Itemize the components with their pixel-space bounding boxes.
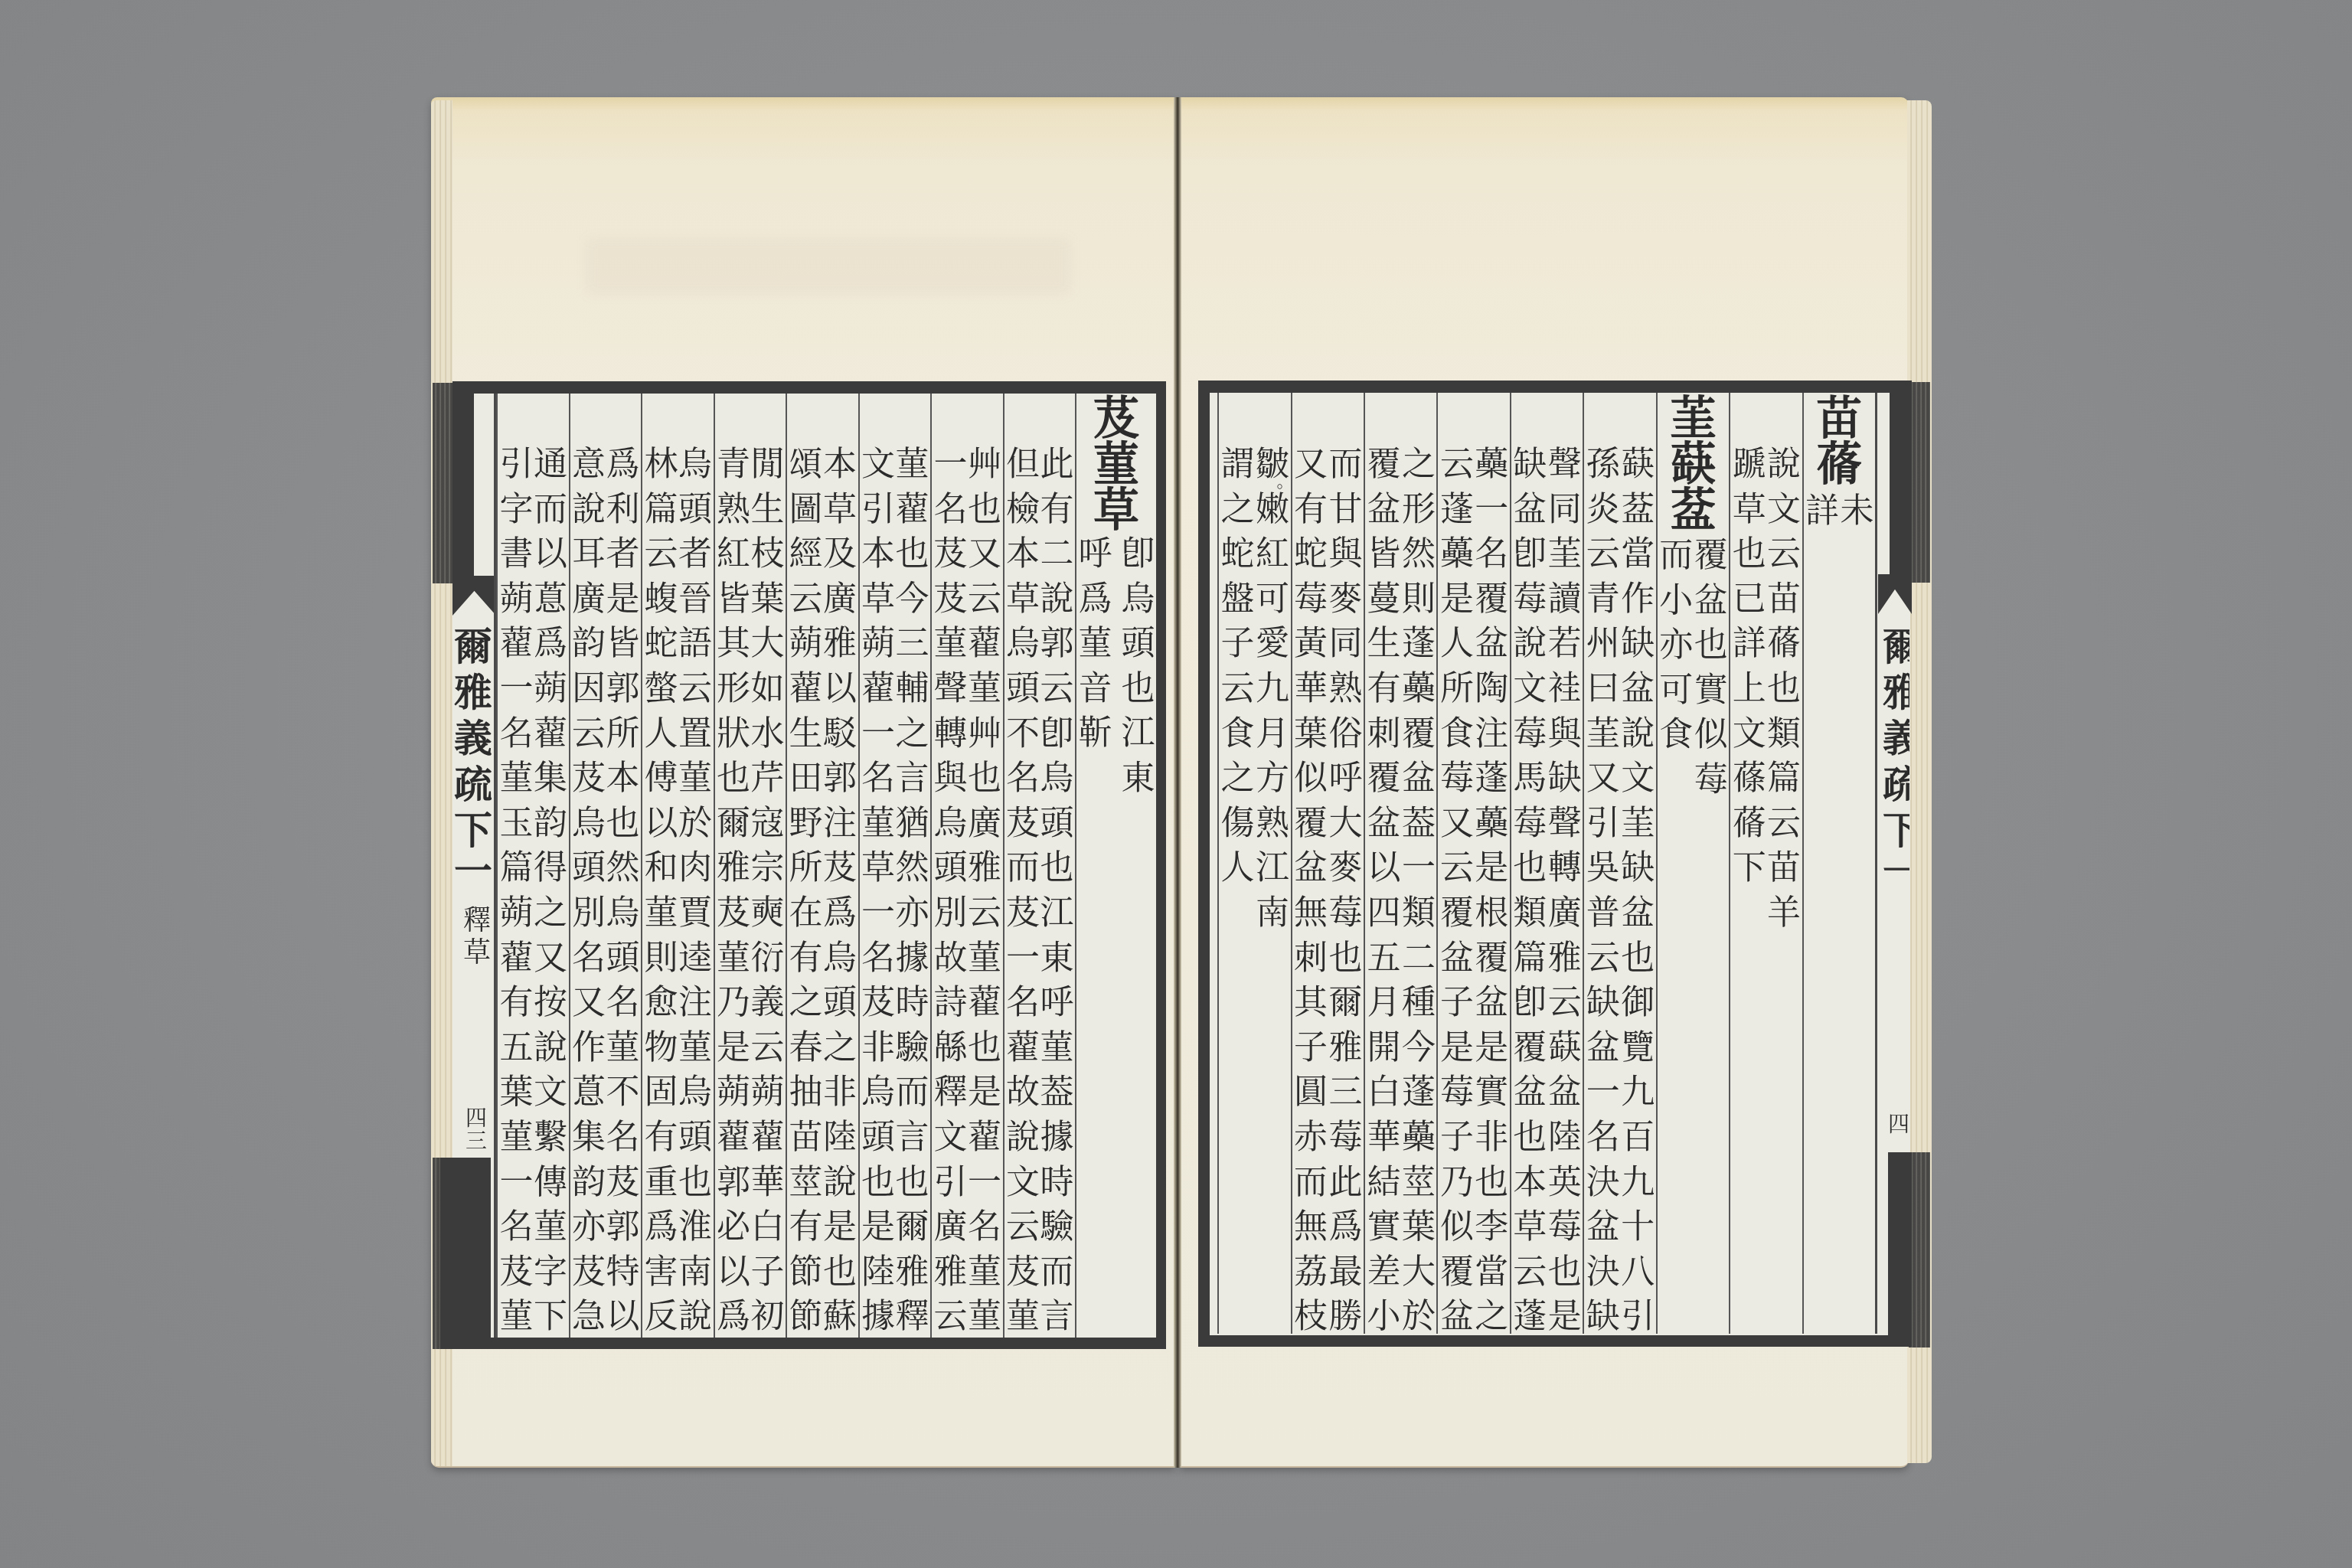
glyph: 烏 xyxy=(933,802,969,847)
glyph: 賈 xyxy=(678,891,714,936)
glyph: 莓 xyxy=(1439,1070,1475,1116)
glyph: 郭 xyxy=(605,1205,641,1250)
glyph: 三 xyxy=(894,622,930,667)
glyph: 緜 xyxy=(933,1026,969,1071)
glyph: 曰 xyxy=(1585,667,1621,712)
glyph: 盆 xyxy=(1620,891,1656,936)
glyph: 文 xyxy=(1512,667,1548,712)
glyph: 云 xyxy=(1005,1205,1041,1250)
glyph: 此 xyxy=(1039,443,1075,488)
glyph: 集 xyxy=(571,1116,607,1161)
glyph: 也 xyxy=(822,1250,858,1295)
glyph: 文 xyxy=(533,1070,569,1116)
glyph: 無 xyxy=(1293,891,1329,936)
glyph: 晉 xyxy=(678,577,714,622)
glyph: 又 xyxy=(967,532,1003,577)
glyph: 似 xyxy=(1439,1205,1475,1250)
glyph: 芨 xyxy=(1005,802,1041,847)
glyph: 荔 xyxy=(1293,1250,1329,1295)
glyph: 州 xyxy=(1585,622,1621,667)
glyph: 云 xyxy=(571,712,607,757)
glyph: 華 xyxy=(1293,667,1329,712)
glyph: 爾 xyxy=(1328,981,1364,1026)
glyph: 其 xyxy=(716,622,752,667)
glyph: 菫 xyxy=(498,1295,534,1340)
glyph: 乃 xyxy=(716,981,752,1026)
glyph: 葐 xyxy=(1658,488,1729,534)
glyph: 藋 xyxy=(967,622,1003,667)
gloss-line: 蹏草也已詳上文蓧蓨下 xyxy=(1731,443,1767,891)
glyph: 爲 xyxy=(1328,1205,1364,1250)
glyph: 本 xyxy=(861,532,897,577)
commentary-column: 閒生枝葉大如水芹寇宗奭衍義云蒴藋華白子初 青熟紅皆其形狀也爾雅芨菫乃是蒴藋郭必以… xyxy=(714,394,786,1338)
glyph: 有 xyxy=(1039,488,1075,533)
glyph: 物 xyxy=(643,1026,679,1071)
glyph: 水 xyxy=(750,712,786,757)
commentary-column: 爲利者是皆郭所本也然烏頭名菫不名芨郭特以 意說耳廣韵因云芨烏頭別名又作蒠集韵亦芨… xyxy=(569,394,642,1338)
glyph: 此 xyxy=(1328,1161,1364,1206)
glyph: 甘 xyxy=(1328,488,1364,533)
glyph: 赤 xyxy=(1293,1116,1329,1161)
glyph: 而 xyxy=(1328,443,1364,488)
glyph: 也 xyxy=(1620,936,1656,982)
glyph: 猶 xyxy=(894,802,930,847)
glyph: 蓧 xyxy=(1731,756,1767,802)
glyph: 菫 xyxy=(967,936,1003,982)
glyph: 文 xyxy=(933,1116,969,1161)
glyph: 缺 xyxy=(1512,443,1548,488)
glyph: 文 xyxy=(861,443,897,488)
glyph: 芨 xyxy=(933,577,969,622)
glyph: 李 xyxy=(1474,1205,1510,1250)
gloss-right: 覆盆也實似莓 xyxy=(1693,534,1729,803)
glyph: 所 xyxy=(788,846,824,891)
glyph: 說 xyxy=(1039,577,1075,622)
right-stack-ink-edge-top xyxy=(1909,382,1930,583)
glyph: 是 xyxy=(967,1070,1003,1116)
glyph: 廣 xyxy=(571,577,607,622)
glyph: 草 xyxy=(1005,577,1041,622)
glyph: 名 xyxy=(605,1116,641,1161)
gloss-left: 詳 xyxy=(1805,489,1841,534)
commentary-line: 文引本草蒴藋一名菫草一名芨非烏頭也是陸據 xyxy=(861,443,897,1340)
glyph: 藋 xyxy=(861,667,897,712)
glyph: 也 xyxy=(1547,1250,1583,1295)
glyph: 蘽 xyxy=(1474,802,1510,847)
glyph: 廣 xyxy=(967,802,1003,847)
glyph: 云 xyxy=(1766,532,1802,577)
glyph: 熟 xyxy=(1328,667,1364,712)
glyph: 食 xyxy=(1439,712,1475,757)
glyph: 蒴 xyxy=(716,1070,752,1116)
glyph: 白 xyxy=(750,1205,786,1250)
glyph: 所 xyxy=(605,712,641,757)
glyph: 菫 xyxy=(605,1026,641,1071)
glyph: 亦 xyxy=(571,1205,607,1250)
glyph: 以 xyxy=(605,1295,641,1340)
glyph: 文 xyxy=(1620,756,1656,802)
glyph: 抽 xyxy=(788,1070,824,1116)
glyph: 子 xyxy=(1220,622,1256,667)
glyph: 驗 xyxy=(894,1026,930,1071)
glyph: 紅 xyxy=(1255,532,1291,577)
glyph: 云 xyxy=(643,532,679,577)
glyph: 韵 xyxy=(571,1161,607,1206)
glyph: 嫩 xyxy=(1255,488,1291,533)
glyph: 菫 xyxy=(1039,1026,1075,1071)
glyph: 云 xyxy=(1439,846,1475,891)
commentary-line: 林篇云蝮蛇螫人傅以和菫則愈物固有重爲害反 xyxy=(643,443,679,1340)
glyph: 頭 xyxy=(861,1116,897,1161)
glyph: 說 xyxy=(1005,1116,1041,1161)
commentary-line: 此有二說郭云卽烏頭也江東呼菫葢據時驗而言 xyxy=(1039,443,1075,1340)
glyph: 言 xyxy=(894,756,930,802)
glyph: 引 xyxy=(933,1161,969,1206)
glyph: 青 xyxy=(716,443,752,488)
glyph: 野 xyxy=(788,802,824,847)
glyph: 名 xyxy=(498,712,534,757)
book-photo: 爾雅義疏下 一 釋草 四三 芨菫草 卽烏頭也江東 呼爲菫音靳 此有二說郭云卽烏頭… xyxy=(0,0,2352,1568)
glyph: 菫 xyxy=(933,622,969,667)
glyph: 蘽 xyxy=(1439,532,1475,577)
glyph: 字 xyxy=(533,1250,569,1295)
glyph: 也 xyxy=(1731,532,1767,577)
glyph: 傳 xyxy=(533,1161,569,1206)
glyph: 大 xyxy=(1328,802,1364,847)
glyph: 月 xyxy=(1255,712,1291,757)
glyph: 葉 xyxy=(1400,1205,1436,1250)
glyph: 菫 xyxy=(1077,622,1113,667)
glyph: 轉 xyxy=(1547,846,1583,891)
glyph: 之 xyxy=(533,891,569,936)
glyph: 烏 xyxy=(678,1070,714,1116)
glyph: 草 xyxy=(822,488,858,533)
glyph: 葢 xyxy=(1400,802,1436,847)
glyph: 二 xyxy=(1039,532,1075,577)
glyph: 茥 xyxy=(1620,802,1656,847)
glyph: 爲 xyxy=(716,1295,752,1340)
glyph: 繫 xyxy=(533,1116,569,1161)
glyph: 百 xyxy=(1620,1116,1656,1161)
glyph: 人 xyxy=(1220,846,1256,891)
glyph: 烏 xyxy=(822,936,858,982)
glyph: 三 xyxy=(1328,1070,1364,1116)
glyph: 有 xyxy=(788,1205,824,1250)
glyph: 實 xyxy=(1474,1070,1510,1116)
glyph: 蓨 xyxy=(1766,622,1802,667)
glyph: 普 xyxy=(1585,891,1621,936)
black-mouth-bottom xyxy=(440,1158,491,1349)
glyph: 螫 xyxy=(643,667,679,712)
commentary-column: 此有二說郭云卽烏頭也江東呼菫葢據時驗而言 但檢本草烏頭不名芨而芨一名藋故說文云芨… xyxy=(1003,394,1076,1338)
glyph: 陸 xyxy=(822,1116,858,1161)
glyph: 字 xyxy=(498,488,534,533)
glyph: 義 xyxy=(1882,716,1909,762)
glyph: 一 xyxy=(453,848,493,894)
glyph: 則 xyxy=(643,936,679,982)
fold-strip-title: 爾雅義疏下 xyxy=(453,624,493,854)
glyph: 疏 xyxy=(1882,762,1909,808)
glyph: 袿 xyxy=(1547,667,1583,712)
commentary-column: 蒛葐當作缺盆說文茥缺盆也御覽九百九十八引 孫炎云青州曰茥又引吳普云缺盆一名決盆決… xyxy=(1583,393,1655,1334)
glyph: 盆 xyxy=(1512,1070,1548,1116)
commentary-line: 本草及廣雅以駁郭注芨爲烏頭之非陸說是也蘇 xyxy=(822,443,858,1340)
glyph: 篇 xyxy=(498,846,534,891)
glyph: 覆 xyxy=(1366,756,1402,802)
glyph: 黃 xyxy=(1293,622,1329,667)
glyph: 盆 xyxy=(1585,1205,1621,1250)
glyph: 蒴 xyxy=(498,577,534,622)
glyph: 四 xyxy=(1366,891,1402,936)
glyph: 也 xyxy=(1693,623,1729,668)
commentary-column: 皺嫩紅可愛九月方熟江南 。 謂之蛇盤子云食之傷人 xyxy=(1217,393,1290,1334)
glyph: 卽 xyxy=(1512,532,1548,577)
glyph: 小 xyxy=(1366,1295,1402,1340)
glyph: 麥 xyxy=(1328,577,1364,622)
glyph: 引 xyxy=(1620,1295,1656,1340)
glyph: 今 xyxy=(1400,1026,1436,1071)
glyph: 蹏 xyxy=(1731,443,1767,488)
glyph: 而 xyxy=(1293,1161,1329,1206)
glyph: 本 xyxy=(1005,532,1041,577)
glyph: 盆 xyxy=(1585,1026,1621,1071)
glyph: 郭 xyxy=(605,667,641,712)
glyph: 五 xyxy=(498,1026,534,1071)
glyph: 菫 xyxy=(861,802,897,847)
glyph: 南 xyxy=(678,1250,714,1295)
glyph: 子 xyxy=(750,1250,786,1295)
glyph: 云 xyxy=(1547,981,1583,1026)
glyph: 熟 xyxy=(1255,802,1291,847)
glyph: 菫 xyxy=(894,443,930,488)
glyph: 下 xyxy=(453,808,493,854)
glyph: 莓 xyxy=(1512,802,1548,847)
glyph: 上 xyxy=(1731,667,1767,712)
glyph: 與 xyxy=(933,756,969,802)
glyph: 亦 xyxy=(894,891,930,936)
glyph: 注 xyxy=(1474,712,1510,757)
glyph: 以 xyxy=(643,802,679,847)
commentary-column: 聲同茥讀若袿與缺聲轉廣雅云蒛盆陸英莓也是 缺盆卽莓說文莓馬莓也類篇卽覆盆也本草云… xyxy=(1510,393,1583,1334)
glyph: 三 xyxy=(462,1130,490,1153)
glyph: 草 xyxy=(1731,488,1767,533)
glyph: 羊 xyxy=(1766,891,1802,936)
glyph: 非 xyxy=(1474,1116,1510,1161)
glyph: 言 xyxy=(894,1116,930,1161)
glyph: 菫 xyxy=(678,1026,714,1071)
glyph: 也 xyxy=(1512,846,1548,891)
glyph: 覆 xyxy=(1293,802,1329,847)
glyph: 頭 xyxy=(678,488,714,533)
glyph: 必 xyxy=(716,1205,752,1250)
glyph: 爾 xyxy=(453,624,493,670)
glyph: 月 xyxy=(1366,981,1402,1026)
glyph: 是 xyxy=(1439,1026,1475,1071)
glyph: 枝 xyxy=(750,532,786,577)
glyph: 有 xyxy=(788,936,824,982)
glyph: 御 xyxy=(1620,981,1656,1026)
glyph: 是 xyxy=(1474,1026,1510,1071)
glyph: 頭 xyxy=(1039,802,1075,847)
commentary-column: 烏頭者晉語云置菫於肉賈逵注菫烏頭也淮南說 林篇云蝮蛇螫人傅以和菫則愈物固有重爲害… xyxy=(641,394,714,1338)
black-mouth-top xyxy=(1890,381,1912,583)
glyph: 蛇 xyxy=(1293,532,1329,577)
glyph: 別 xyxy=(933,891,969,936)
glyph: 名 xyxy=(861,756,897,802)
glyph: 林 xyxy=(643,443,679,488)
glyph: 葉 xyxy=(750,577,786,622)
fold-strip-volume: 一 xyxy=(1882,849,1909,895)
glyph: 之 xyxy=(788,981,824,1026)
glyph: 當 xyxy=(1474,1250,1510,1295)
glyph: 以 xyxy=(533,532,569,577)
glyph: 有 xyxy=(1366,667,1402,712)
glyph: 未 xyxy=(1839,489,1875,534)
glyph: 又 xyxy=(1439,802,1475,847)
glyph: 又 xyxy=(571,981,607,1026)
glyph: 馬 xyxy=(1512,756,1548,802)
glyph: 白 xyxy=(1366,1070,1402,1116)
glyph: 節 xyxy=(788,1250,824,1295)
glyph: 莓 xyxy=(1512,712,1548,757)
glyph: 是 xyxy=(1547,1295,1583,1340)
glyph: 文 xyxy=(1731,712,1767,757)
glyph: 之 xyxy=(1220,756,1256,802)
right-page-columns: 苗蓨 未 詳 說文云苗蓨也類篇云苗羊 蹏草也已詳上文蓧蓨下 茥蒛葐 覆盆也實似莓… xyxy=(1217,393,1877,1334)
glyph: 是 xyxy=(822,1205,858,1250)
glyph: 也 xyxy=(1766,667,1802,712)
glyph: 頭 xyxy=(933,846,969,891)
glyph: 故 xyxy=(933,936,969,982)
fold-strip-volume: 一 xyxy=(453,848,493,894)
glyph: 爲 xyxy=(1077,577,1113,622)
glyph: 覆 xyxy=(1400,712,1436,757)
glyph: 大 xyxy=(1400,1250,1436,1295)
glyph: 得 xyxy=(533,846,569,891)
glyph: 則 xyxy=(1400,577,1436,622)
glyph: 玉 xyxy=(498,802,534,847)
glyph: 十 xyxy=(1620,1205,1656,1250)
glyph: 頭 xyxy=(605,936,641,982)
glyph: 盆 xyxy=(1620,667,1656,712)
commentary-column: 之形然則蓬蘽覆盆葢一類二種今蓬蘽莖葉大於 覆盆皆蔓生有刺覆盆以四五月開白華結實差… xyxy=(1364,393,1436,1334)
glyph: 駁 xyxy=(822,712,858,757)
glyph: 義 xyxy=(453,716,493,762)
glyph: 盆 xyxy=(1439,1295,1475,1340)
glyph: 實 xyxy=(1366,1205,1402,1250)
glyph: 呼 xyxy=(1039,981,1075,1026)
glyph: 不 xyxy=(1005,712,1041,757)
glyph: 芨 xyxy=(716,891,752,936)
glyph: 炎 xyxy=(1585,488,1621,533)
glyph: 下 xyxy=(533,1295,569,1340)
glyph: 烏 xyxy=(605,891,641,936)
glyph: 根 xyxy=(1474,891,1510,936)
glyph: 皆 xyxy=(605,622,641,667)
glyph: 吳 xyxy=(1585,846,1621,891)
glyph: 似 xyxy=(1293,756,1329,802)
glyph: 一 xyxy=(1585,1070,1621,1116)
commentary-line: 又有蛇莓黃華葉似覆盆無刺其子圓赤而無荔枝 xyxy=(1293,443,1329,1340)
glyph: 也 xyxy=(894,532,930,577)
glyph: 也 xyxy=(678,1161,714,1206)
commentary-line: 閒生枝葉大如水芹寇宗奭衍義云蒴藋華白子初 xyxy=(750,443,786,1340)
glyph: 二 xyxy=(1400,936,1436,982)
glyph: 於 xyxy=(678,802,714,847)
headword: 茥蒛葐 xyxy=(1658,396,1729,534)
glyph: 按 xyxy=(533,981,569,1026)
glyph: 也 xyxy=(1120,667,1156,712)
glyph: 而 xyxy=(533,488,569,533)
glyph: 蘽 xyxy=(1400,1116,1436,1161)
glyph: 人 xyxy=(643,712,679,757)
glyph: 是 xyxy=(605,577,641,622)
glyph: 置 xyxy=(678,712,714,757)
glyph: 青 xyxy=(1585,577,1621,622)
glyph: 菫 xyxy=(967,667,1003,712)
glyph: 疏 xyxy=(453,762,493,808)
glyph: 芨 xyxy=(933,532,969,577)
glyph: 菫 xyxy=(498,756,534,802)
glyph: 草 xyxy=(861,577,897,622)
commentary-line: 菫藋也今三輔之言猶然亦據時驗而言也爾雅釋 xyxy=(894,443,930,1340)
pause-mark: 。 xyxy=(1276,474,1293,491)
gloss-continuation-column: 說文云苗蓨也類篇云苗羊 蹏草也已詳上文蓧蓨下 xyxy=(1729,393,1802,1334)
glyph: 開 xyxy=(1366,1026,1402,1071)
glyph: 廣 xyxy=(933,1205,969,1250)
glyph: 蛇 xyxy=(1220,532,1256,577)
glyph: 也 xyxy=(605,802,641,847)
glyph: 云 xyxy=(678,667,714,712)
glyph: 害 xyxy=(643,1250,679,1295)
glyph: 英 xyxy=(1547,1161,1583,1206)
glyph: 所 xyxy=(1439,667,1475,712)
commentary-line: 引字書蒴藋一名菫玉篇蒴藋有五葉菫一名芨菫 xyxy=(498,443,534,1340)
glyph: 苗 xyxy=(1766,577,1802,622)
glyph: 刺 xyxy=(1293,936,1329,982)
glyph: 作 xyxy=(571,1026,607,1071)
glyph: 名 xyxy=(1005,756,1041,802)
glyph: 烏 xyxy=(1120,577,1156,622)
glyph: 宗 xyxy=(750,846,786,891)
glyph: 是 xyxy=(1439,577,1475,622)
glyph: 芹 xyxy=(750,756,786,802)
glyph: 種 xyxy=(1400,981,1436,1026)
glyph: 詩 xyxy=(933,981,969,1026)
glyph: 郭 xyxy=(716,1161,752,1206)
glyph: 云 xyxy=(1512,1250,1548,1295)
glyph: 艸 xyxy=(967,712,1003,757)
commentary-line: 爲利者是皆郭所本也然烏頭名菫不名芨郭特以 xyxy=(605,443,641,1340)
glyph: 烏 xyxy=(1005,622,1041,667)
glyph: 烏 xyxy=(861,1070,897,1116)
glyph: 芨 xyxy=(605,1161,641,1206)
glyph: 江 xyxy=(1120,711,1156,756)
commentary-line: 通而以蒠爲蒴藋集韵得之又按說文繫傳菫字下 xyxy=(533,443,569,1340)
glyph: 藋 xyxy=(967,981,1003,1026)
glyph: 廣 xyxy=(1547,891,1583,936)
glyph: 子 xyxy=(1293,1026,1329,1071)
glyph: 類 xyxy=(1400,891,1436,936)
glyph: 奭 xyxy=(750,891,786,936)
glyph: 藋 xyxy=(533,712,569,757)
glyph: 寇 xyxy=(750,802,786,847)
glyph: 非 xyxy=(861,1026,897,1071)
fold-strip-title: 爾雅義疏下 xyxy=(1882,624,1909,854)
glyph: 麥 xyxy=(1328,846,1364,891)
glyph: 說 xyxy=(822,1161,858,1206)
gloss-line: 說文云苗蓨也類篇云苗羊 xyxy=(1766,443,1802,936)
